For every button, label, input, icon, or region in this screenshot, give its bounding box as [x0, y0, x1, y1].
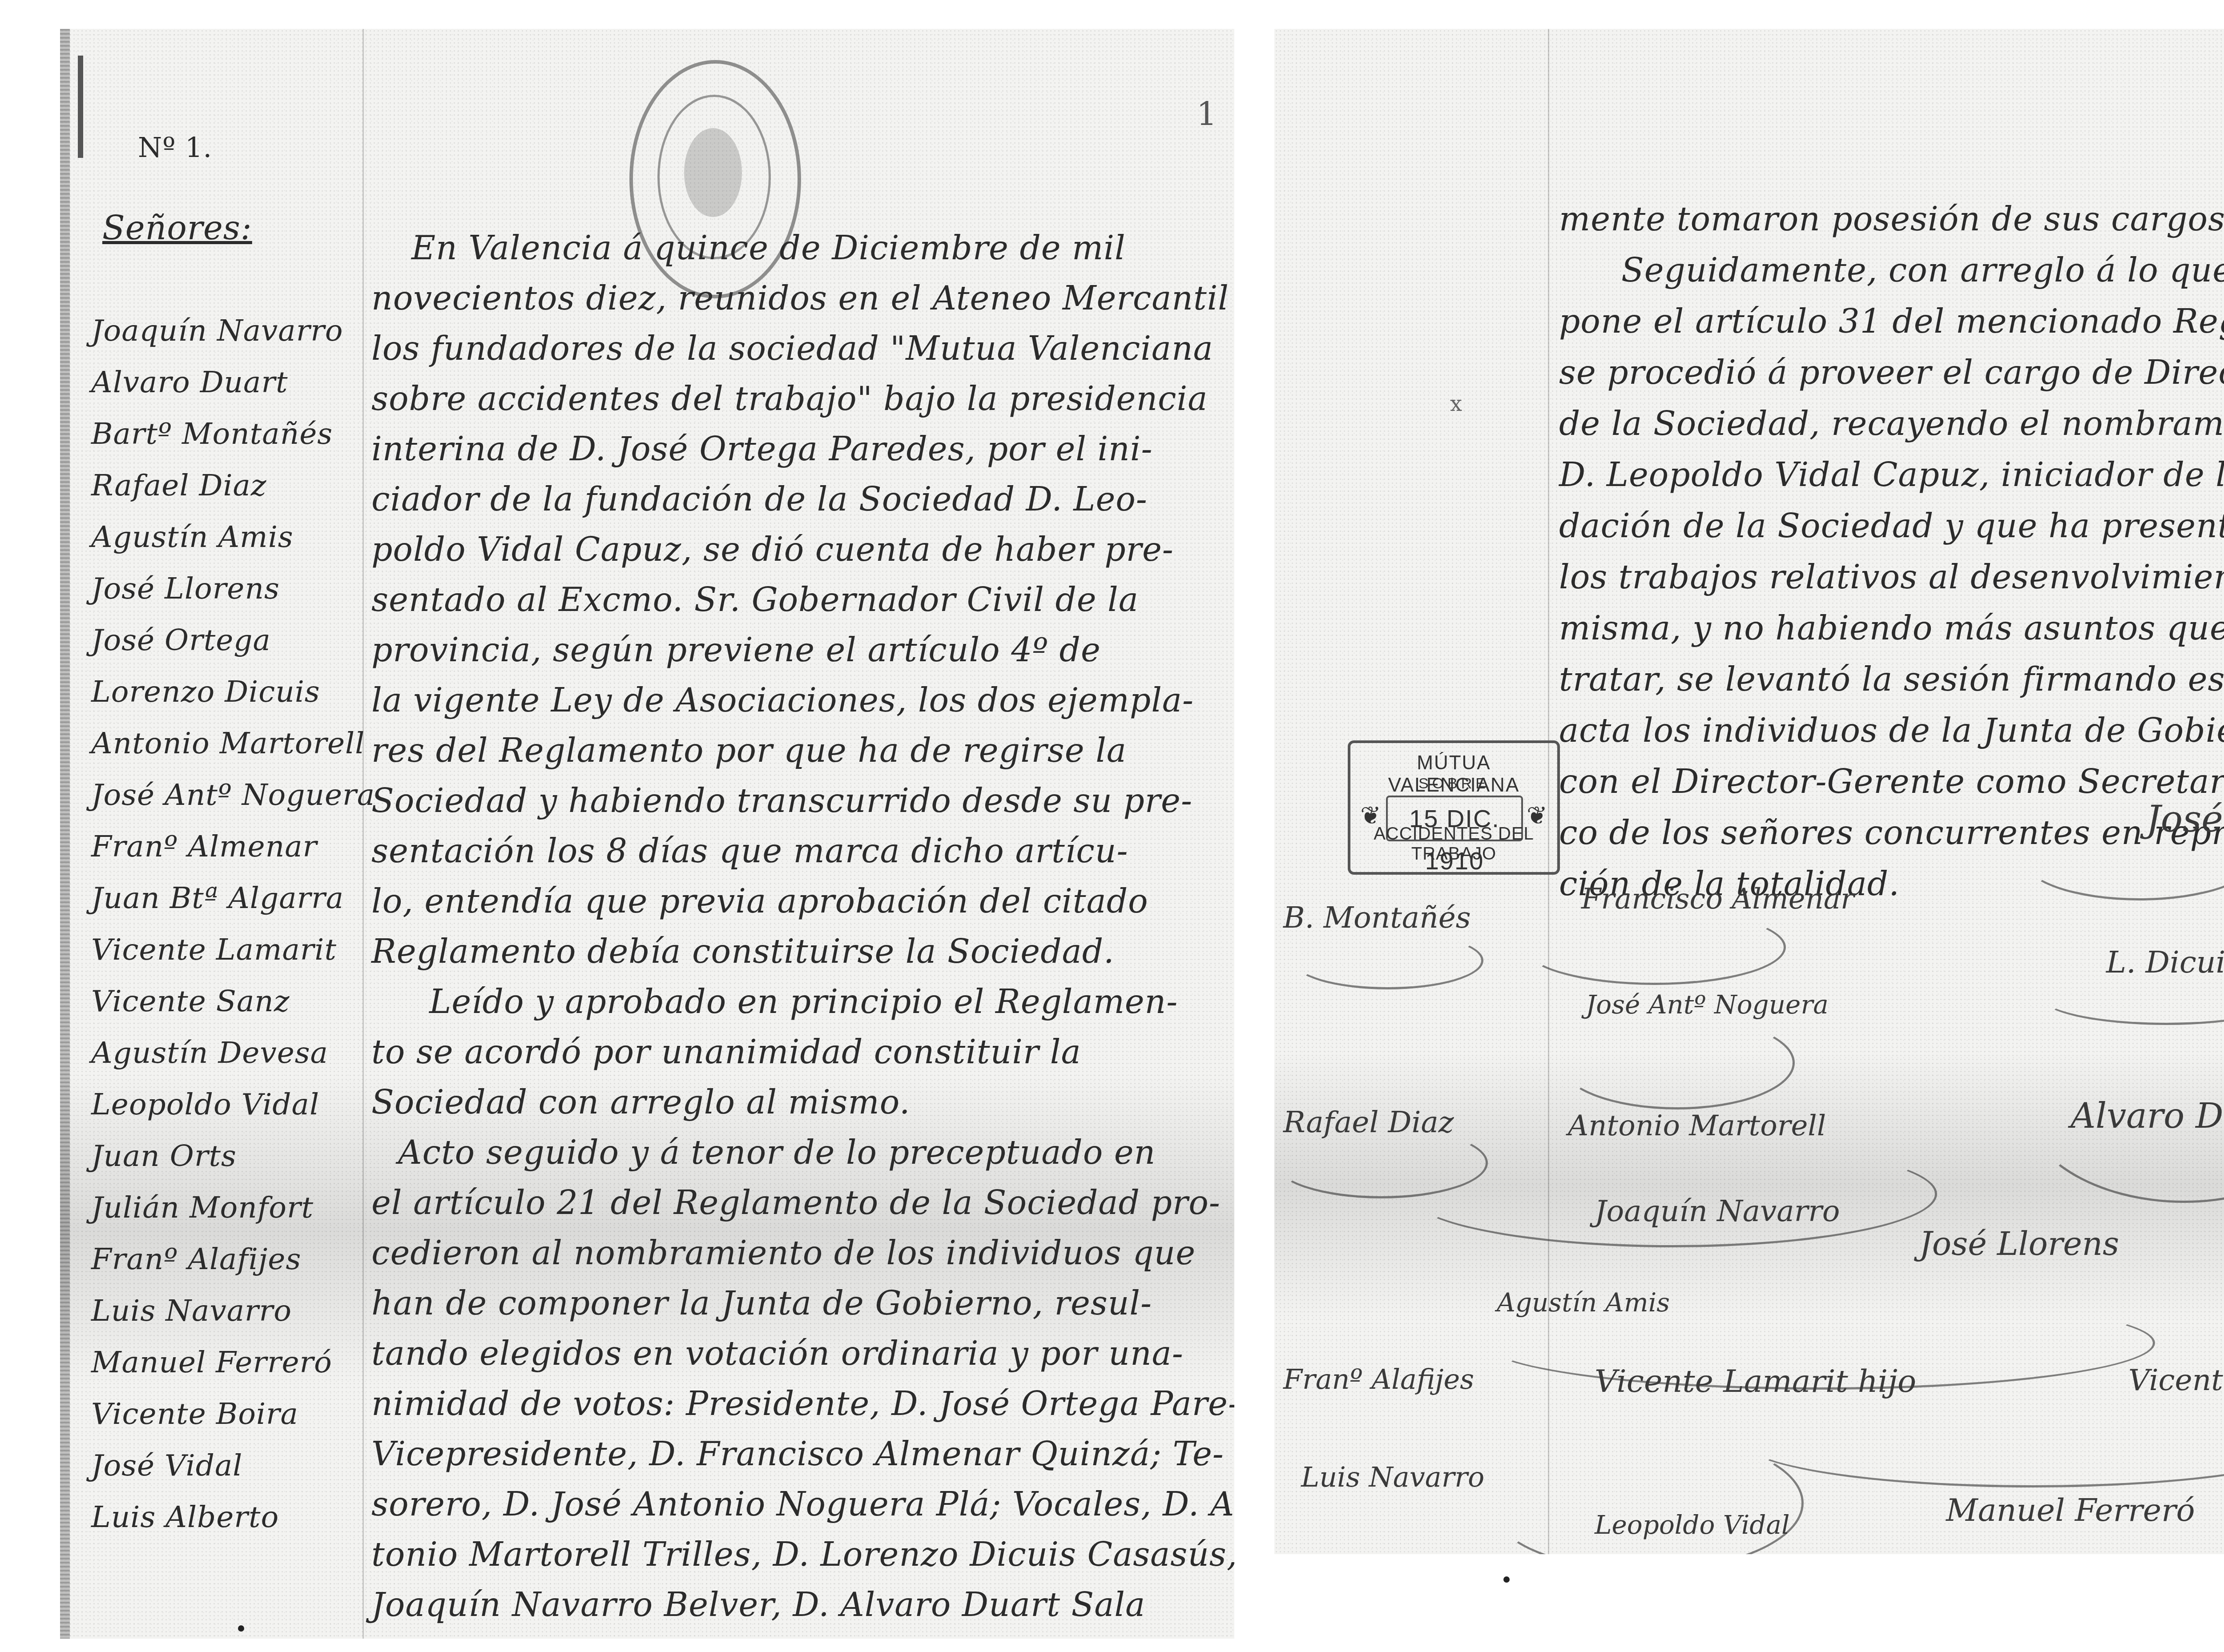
body-line: Reglamento debía constituirse la Socieda… [371, 933, 1115, 971]
body-line: han de componer la Junta de Gobierno, re… [371, 1284, 1152, 1322]
body-line: se procedió á proveer el cargo de Direct… [1559, 354, 2224, 392]
stamp-sobre: SOBRE [1350, 775, 1557, 792]
body-line: los trabajos relativos al desenvolvimien… [1559, 558, 2224, 596]
attendee-name: Antonio Martorell [91, 726, 365, 760]
body-line: los fundadores de la sociedad "Mutua Val… [371, 330, 1213, 368]
signature: José Llorens [1919, 1225, 2119, 1262]
attendee-name: Franº Almenar [91, 829, 317, 864]
body-line: cedieron al nombramiento de los individu… [371, 1234, 1196, 1272]
body-line: poldo Vidal Capuz, se dió cuenta de habe… [371, 531, 1174, 569]
body-line: interina de D. José Ortega Paredes, por … [371, 430, 1152, 468]
signature: Antonio Martorell [1568, 1109, 1826, 1142]
attendee-name: Luis Navarro [91, 1294, 292, 1328]
seal-coat-of-arms-icon [684, 128, 742, 217]
margin-rule [363, 29, 364, 1639]
attendee-name: Franº Alafijes [91, 1242, 301, 1276]
attendee-name: Vicente Lamarit [91, 933, 337, 967]
body-line: lo, entendía que previa aprobación del c… [371, 882, 1148, 920]
signature-flourish [1559, 1016, 1795, 1109]
body-line: Joaquín Navarro Belver, D. Alvaro Duart … [371, 1586, 1145, 1624]
body-line: Acto seguido y á tenor de lo preceptuado… [398, 1133, 1156, 1172]
signature-flourish [1408, 1141, 1937, 1247]
body-line: el artículo 21 del Reglamento de la Soci… [371, 1184, 1221, 1222]
body-line: to se acordó por unanimidad constituir l… [371, 1033, 1081, 1071]
margin-bar-mark [78, 56, 83, 158]
attendee-name: Lorenzo Dicuis [91, 675, 320, 709]
body-line: tando elegidos en votación ordinaria y p… [371, 1334, 1184, 1373]
body-line: tratar, se levantó la sesión firmando es… [1559, 660, 2224, 699]
signature-flourish [1292, 932, 1483, 989]
body-line: mente tomaron posesión de sus cargos. [1559, 200, 2224, 238]
body-line: sentación los 8 días que marca dicho art… [371, 832, 1128, 870]
attendee-name: José Vidal [91, 1448, 242, 1483]
attendee-name: Julián Monfort [91, 1190, 314, 1225]
body-line: Seguidamente, con arreglo á lo que dis- [1621, 251, 2224, 289]
body-line: sobre accidentes del trabajo" bajo la pr… [371, 380, 1208, 418]
body-line: con el Director-Gerente como Secretario,… [1559, 763, 2224, 801]
margin-x-mark: x [1450, 391, 1463, 416]
attendee-name: Juan Btª Algarra [91, 881, 344, 915]
attendee-name: Bartº Montañés [91, 417, 333, 451]
attendee-name: Agustín Devesa [91, 1036, 328, 1070]
signature: Vicente Boira [2128, 1363, 2224, 1397]
company-date-stamp: MÚTUA VALENCIANA SOBRE ❦ 15 DIC. 1910 ❦ … [1348, 740, 1560, 875]
folio-number: 1 [1197, 96, 1217, 133]
page-edge [60, 29, 70, 1639]
left-page: 1 Nº 1. Señores: Joaquín Navarro Alvaro … [60, 29, 1234, 1639]
attendee-name: Leopoldo Vidal [91, 1087, 319, 1121]
body-line: provincia, según previene el artículo 4º… [371, 631, 1101, 669]
attendee-name: Vicente Sanz [91, 984, 290, 1018]
right-page: x mente tomaron posesión de sus cargos. … [1274, 29, 2224, 1554]
body-line: misma, y no habiendo más asuntos que [1559, 609, 2224, 647]
attendee-name: Manuel Ferreró [91, 1345, 332, 1379]
attendee-name: Joaquín Navarro [91, 314, 343, 348]
attendee-name: Vicente Boira [91, 1397, 298, 1431]
attendee-name: Alvaro Duart [91, 365, 288, 399]
body-line: dación de la Sociedad y que ha presentad… [1559, 507, 2224, 545]
signature: Luis Navarro [1301, 1461, 1484, 1493]
body-line: acta los individuos de la Junta de Gobie… [1559, 711, 2224, 750]
body-line: tonio Martorell Trilles, D. Lorenzo Dicu… [371, 1535, 1234, 1574]
body-line: Sociedad con arreglo al mismo. [371, 1083, 911, 1121]
body-line: Vicepresidente, D. Francisco Almenar Qui… [371, 1435, 1224, 1473]
ink-speck [1503, 1576, 1510, 1583]
signature-flourish [1523, 909, 1786, 985]
body-line: sentado al Excmo. Sr. Gobernador Civil d… [371, 581, 1139, 619]
attendee-name: José Ortega [91, 623, 271, 657]
signature: Franº Alafijes [1283, 1363, 1474, 1395]
body-line: ciador de la fundación de la Sociedad D.… [371, 480, 1148, 519]
body-line: res del Reglamento por que ha de regirse… [371, 732, 1127, 770]
attendees-heading: Señores: [102, 209, 252, 247]
attendee-name: Agustín Amis [91, 520, 294, 554]
document-number: Nº 1. [138, 131, 212, 164]
signature-flourish [1741, 1394, 2224, 1487]
attendee-name: Juan Orts [91, 1139, 237, 1173]
attendee-name: José Antº Noguera [91, 778, 375, 812]
body-line: D. Leopoldo Vidal Capuz, iniciador de la… [1559, 456, 2224, 494]
stamp-accidentes: ACCIDENTES DEL TRABAJO [1350, 824, 1557, 864]
attendee-name: José Llorens [91, 571, 280, 606]
signature: José Antº Noguera [1586, 989, 1829, 1020]
body-line: de la Sociedad, recayendo el nombramient… [1559, 405, 2224, 443]
body-line: la vigente Ley de Asociaciones, los dos … [371, 681, 1194, 719]
body-line: sorero, D. José Antonio Noguera Plá; Voc… [371, 1485, 1234, 1523]
body-line: pone el artículo 31 del mencionado Regla… [1559, 302, 2224, 341]
body-line: Leído y aprobado en principio el Reglame… [429, 983, 1178, 1021]
ink-speck [238, 1625, 244, 1632]
body-line: Sociedad y habiendo transcurrido desde s… [371, 782, 1193, 820]
body-line: En Valencia á quince de Diciembre de mil [411, 229, 1126, 267]
attendee-name: Rafael Diaz [91, 468, 267, 502]
attendee-name: Luis Alberto [91, 1500, 279, 1534]
signature: B. Montañés [1283, 900, 1471, 935]
signature: Manuel Ferreró [1946, 1492, 2195, 1528]
body-line: nimidad de votos: Presidente, D. José Or… [371, 1385, 1234, 1423]
body-line: novecientos diez, reunidos en el Ateneo … [371, 279, 1229, 318]
signature: Vicente Lamarit hijo [1595, 1363, 1916, 1399]
